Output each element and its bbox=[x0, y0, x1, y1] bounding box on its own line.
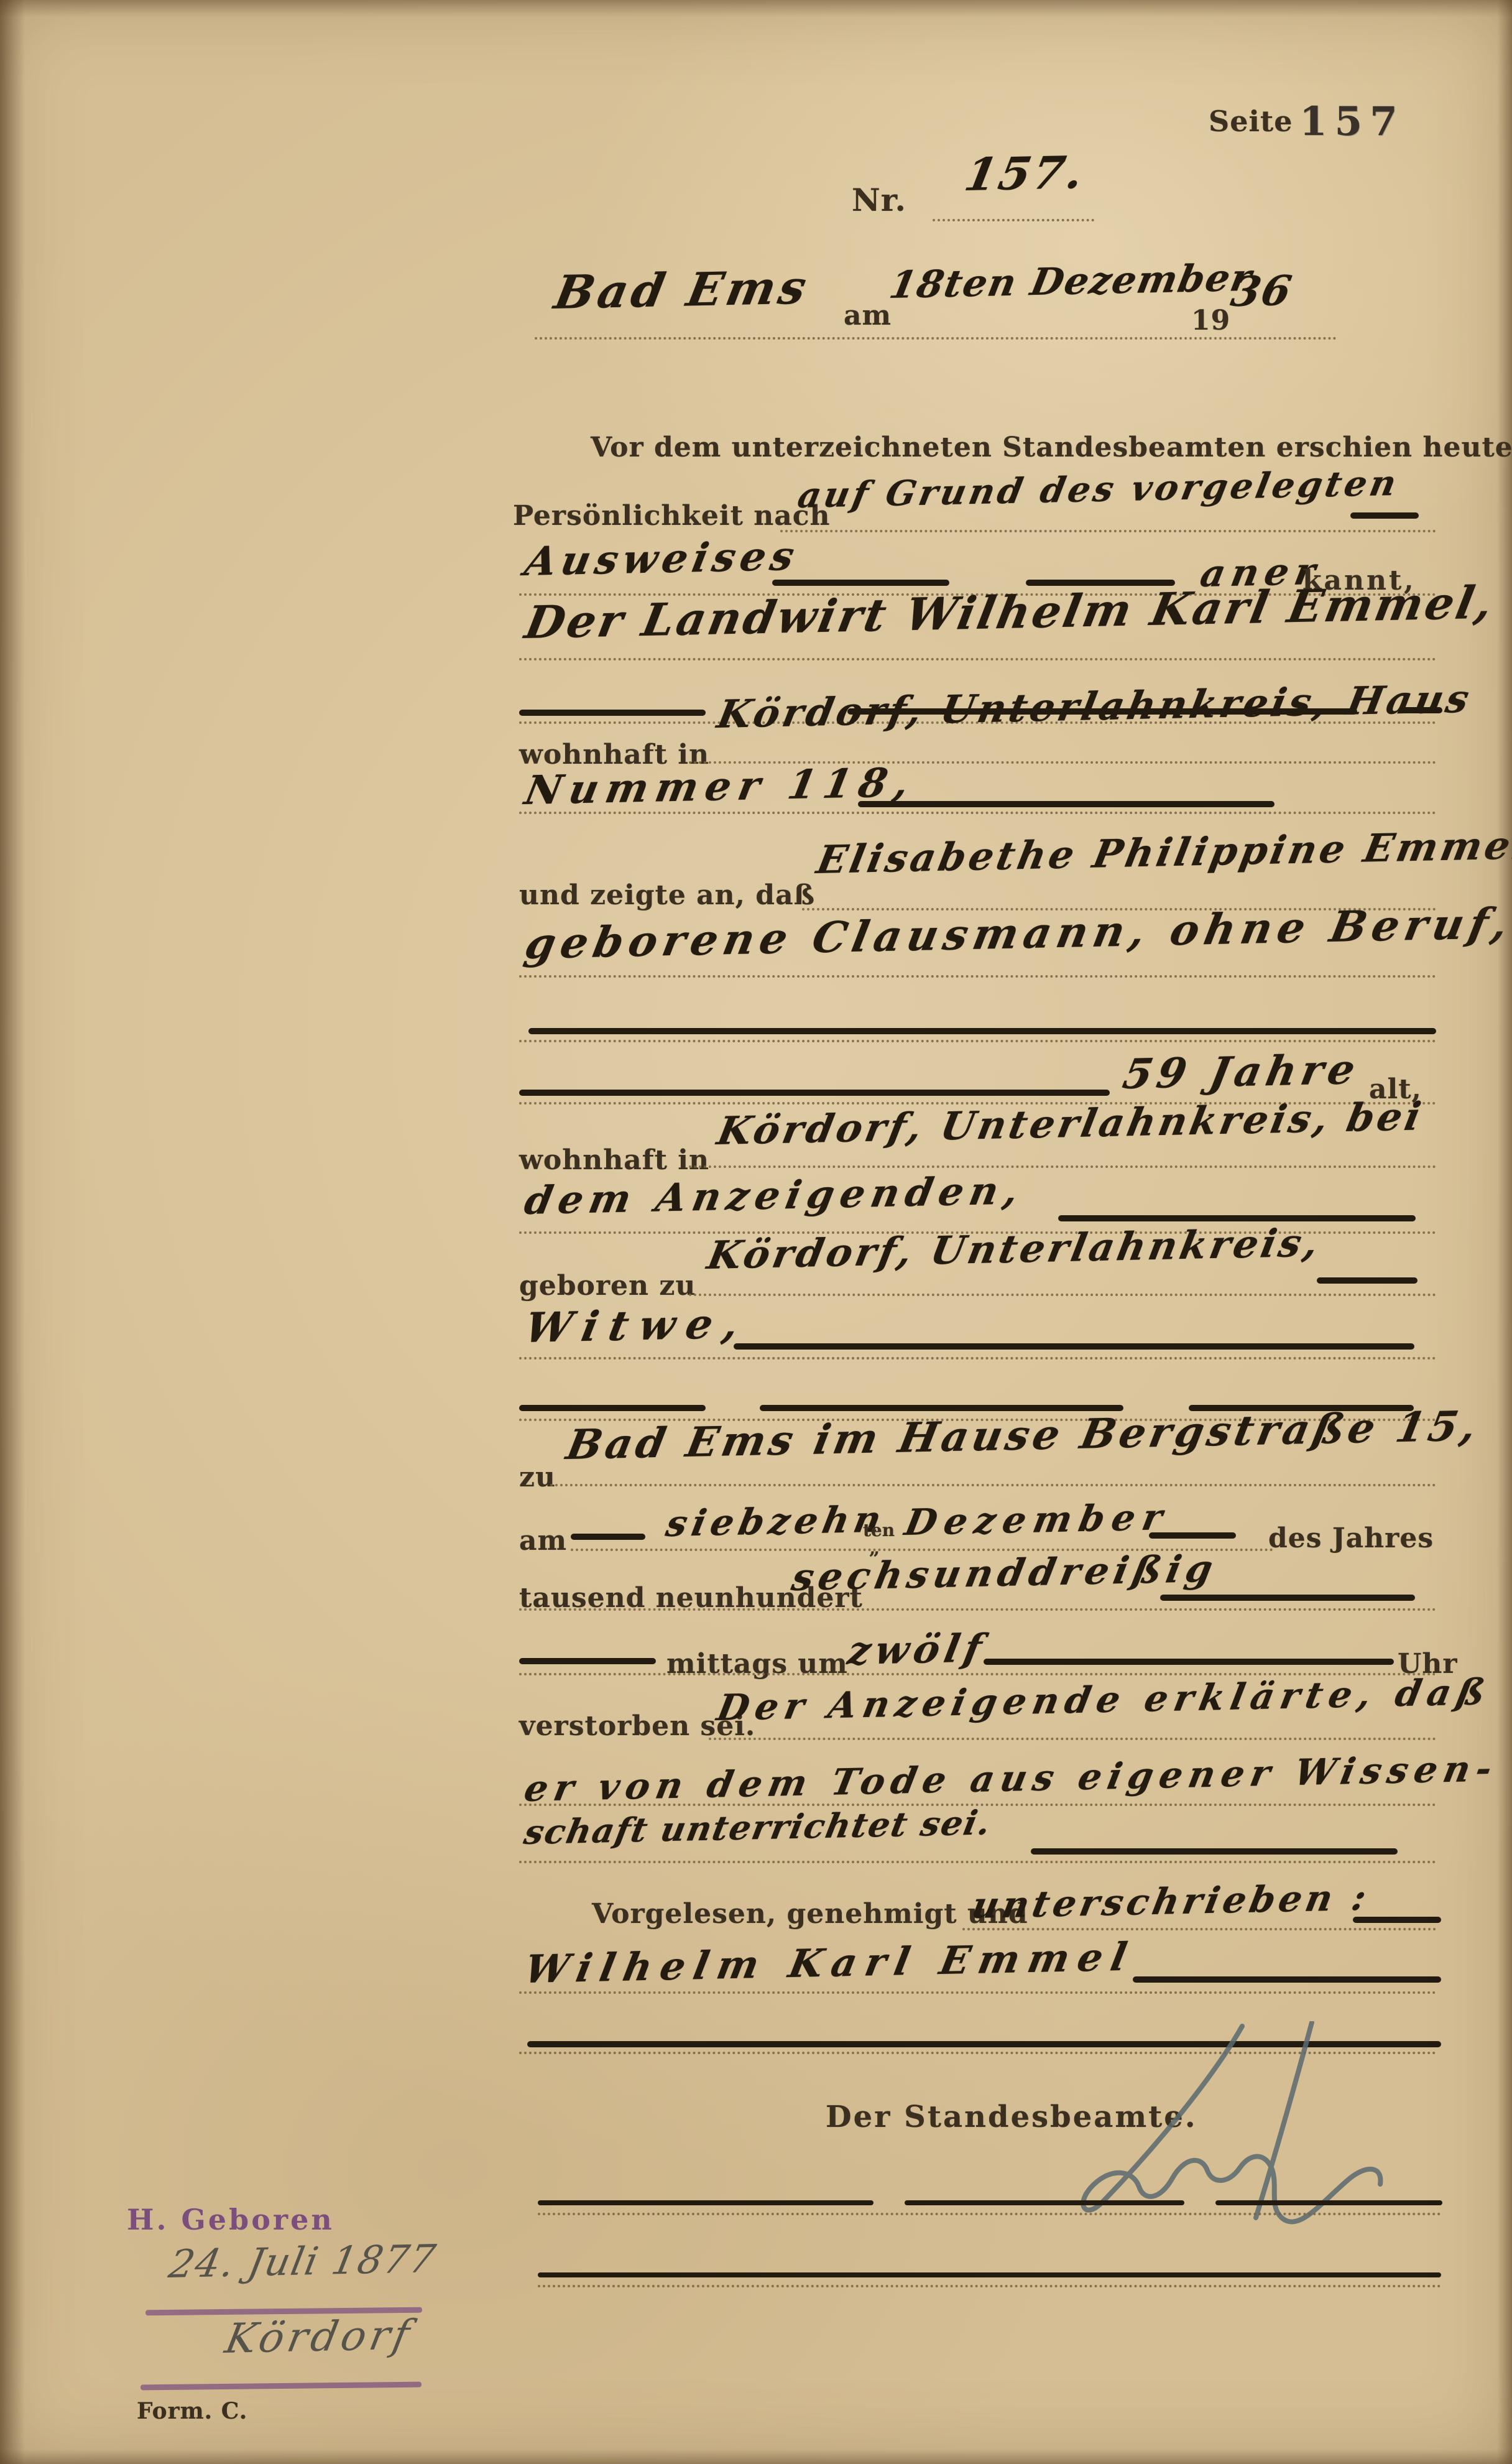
form-dotted-line bbox=[780, 530, 1436, 532]
death-register-page: Seite 157 Nr. 157. Bad Ems am 18ten Deze… bbox=[0, 0, 1512, 2464]
form-dotted-line bbox=[709, 1738, 1436, 1740]
am-label: am bbox=[844, 300, 892, 331]
ink-dash bbox=[1058, 1215, 1416, 1221]
ink-dash bbox=[734, 1343, 1414, 1350]
ink-dash bbox=[1350, 512, 1419, 519]
zu-label: zu bbox=[519, 1461, 556, 1493]
identification-hw-2: Ausweises bbox=[521, 533, 803, 585]
age-hw: 59 Jahre bbox=[1119, 1045, 1364, 1098]
persoenlichkeit-label: Persönlichkeit nach bbox=[513, 500, 831, 532]
death-year-hw: sechsunddreißig bbox=[788, 1547, 1221, 1600]
form-dotted-line bbox=[519, 812, 1436, 814]
seite-label: Seite bbox=[1209, 104, 1293, 138]
form-dotted-line bbox=[933, 219, 1094, 221]
form-dotted-line bbox=[519, 1991, 1436, 1994]
ink-dash bbox=[1149, 1532, 1236, 1539]
ink-dash bbox=[1160, 1595, 1415, 1601]
form-dotted-line bbox=[519, 1357, 1436, 1359]
identification-hw-1: auf Grund des vorgelegten bbox=[795, 463, 1403, 516]
signature-rule bbox=[538, 2200, 874, 2205]
form-dotted-line bbox=[535, 337, 1337, 340]
wohnhaft-label-2: wohnhaft in bbox=[519, 1144, 709, 1176]
registration-place-hw: Bad Ems bbox=[550, 261, 814, 320]
ink-dash bbox=[519, 1090, 1110, 1096]
declarant-signature-hw: Wilhelm Karl Emmel bbox=[521, 1934, 1139, 1992]
form-dotted-line bbox=[538, 2285, 1441, 2287]
declarant-hw: Der Landwirt Wilhelm Karl Emmel, bbox=[521, 576, 1500, 649]
ink-dash bbox=[1133, 1976, 1441, 1983]
intro-text: Vor dem unterzeichneten Standesbeamten e… bbox=[591, 432, 1512, 463]
record-number-label: Nr. bbox=[852, 182, 906, 218]
ink-dash bbox=[1353, 1917, 1441, 1923]
death-month-hw: Dezember bbox=[901, 1496, 1173, 1544]
ink-dash bbox=[519, 710, 706, 716]
birthplace-hw: Kördorf, Unterlahnkreis, bbox=[704, 1220, 1325, 1278]
ink-dash bbox=[858, 801, 1275, 807]
form-dotted-line bbox=[519, 1861, 1436, 1863]
signature-rule bbox=[905, 2200, 1184, 2205]
form-dotted-line bbox=[689, 1165, 1436, 1168]
ink-dash bbox=[1031, 1848, 1398, 1855]
form-dotted-line bbox=[689, 1294, 1436, 1296]
declarant-residence-hw-1: Kördorf, Unterlahnkreis, Haus bbox=[714, 676, 1476, 737]
signature-rule bbox=[538, 2272, 1441, 2277]
unterschrieben-hw: unterschrieben : bbox=[969, 1876, 1373, 1927]
death-hour-hw: zwölf bbox=[844, 1625, 990, 1674]
ink-dash bbox=[519, 1658, 656, 1664]
ink-dash bbox=[1317, 1277, 1417, 1284]
form-dotted-line bbox=[519, 975, 1436, 978]
form-dotted-line bbox=[519, 1608, 1436, 1611]
year-printed-prefix: 19 bbox=[1191, 305, 1230, 336]
ink-dash bbox=[519, 1405, 706, 1411]
marital-status-hw: Witwe, bbox=[521, 1299, 754, 1352]
margin-birthplace-hw: Kördorf bbox=[221, 2311, 417, 2363]
ink-dash bbox=[571, 1534, 645, 1540]
death-place-hw: Bad Ems im Hause Bergstraße 15, bbox=[563, 1401, 1484, 1469]
signature-rule bbox=[1215, 2200, 1442, 2205]
deceased-residence-hw-2: dem Anzeigenden, bbox=[521, 1167, 1028, 1223]
statement-hw-3: schaft unterrichtet sei. bbox=[521, 1802, 995, 1852]
margin-birthdate-hw: 24. Juli 1877 bbox=[165, 2236, 440, 2287]
registration-date-hw: 18ten Dezember bbox=[886, 256, 1256, 307]
ink-dash bbox=[528, 1028, 1436, 1034]
death-day-hw: siebzehn bbox=[663, 1498, 890, 1545]
statement-hw-2: er von dem Tode aus eigener Wissen- bbox=[521, 1747, 1501, 1810]
form-dotted-line bbox=[519, 1040, 1436, 1042]
form-code-label: Form. C. bbox=[137, 2398, 247, 2424]
ink-dash bbox=[772, 580, 949, 586]
anzeige-label: und zeigte an, daß bbox=[519, 879, 815, 911]
geboren-label: geboren zu bbox=[519, 1270, 696, 1302]
des-jahres-label: des Jahres bbox=[1268, 1522, 1434, 1554]
form-dotted-line bbox=[519, 658, 1436, 660]
margin-underline bbox=[141, 2382, 422, 2391]
page-number-stamp: 157 bbox=[1299, 98, 1405, 145]
form-dotted-line bbox=[962, 1928, 1436, 1930]
form-dotted-line bbox=[550, 1484, 1436, 1486]
vorgelesen-label: Vorgelesen, genehmigt und bbox=[592, 1898, 1028, 1930]
margin-stamp-geboren: H. Geboren bbox=[127, 2203, 334, 2236]
am-death-label: am bbox=[519, 1525, 567, 1557]
deceased-name-hw: Elisabethe Philippine Emmel bbox=[813, 822, 1512, 882]
form-dotted-line bbox=[538, 2213, 1441, 2215]
ink-dash bbox=[984, 1659, 1394, 1665]
year-hw: 36 bbox=[1227, 266, 1296, 316]
record-number-value: 157. bbox=[961, 146, 1090, 201]
